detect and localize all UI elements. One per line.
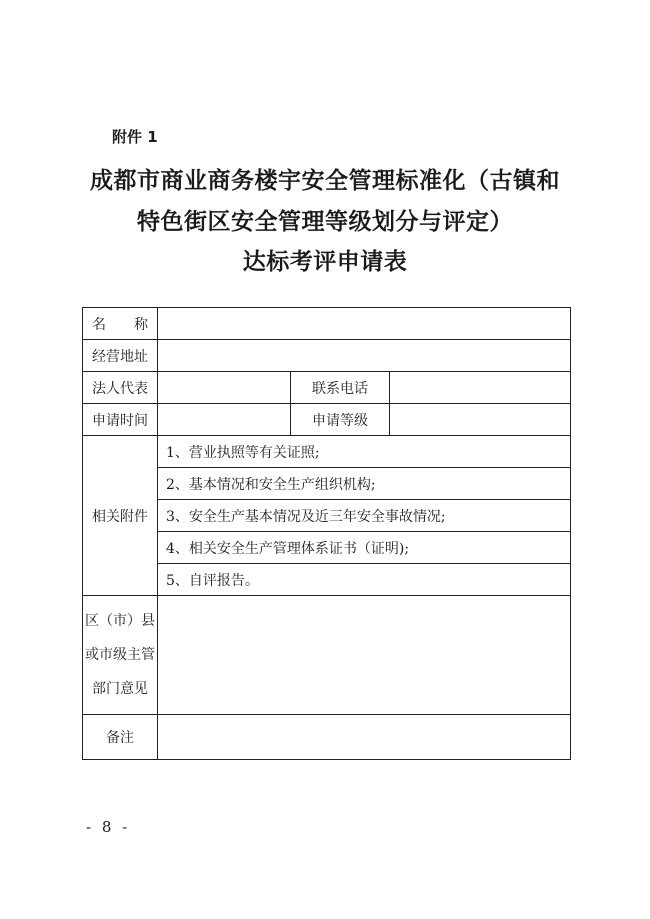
notes-field[interactable] — [158, 715, 571, 760]
opinion-label: 区（市）县 或市级主管 部门意见 — [83, 596, 158, 715]
attachments-label: 相关附件 — [83, 436, 158, 596]
address-label: 经营地址 — [83, 340, 158, 372]
attachment-item: 3、安全生产基本情况及近三年安全事故情况; — [158, 500, 571, 532]
attachment-item: 5、自评报告。 — [158, 564, 571, 596]
row-address: 经营地址 — [83, 340, 571, 372]
page-title-line-1: 成都市商业商务楼宇安全管理标准化（古镇和 — [0, 162, 650, 195]
apply-time-label: 申请时间 — [83, 404, 158, 436]
row-legal-rep: 法人代表 联系电话 — [83, 372, 571, 404]
apply-time-field[interactable] — [158, 404, 291, 436]
apply-level-label: 申请等级 — [291, 404, 390, 436]
row-attachment-1: 相关附件 1、营业执照等有关证照; — [83, 436, 571, 468]
opinion-label-line: 或市级主管 — [83, 638, 157, 672]
legal-rep-field[interactable] — [158, 372, 291, 404]
attachment-item: 2、基本情况和安全生产组织机构; — [158, 468, 571, 500]
apply-level-field[interactable] — [390, 404, 571, 436]
opinion-label-line: 部门意见 — [83, 672, 157, 706]
opinion-field[interactable] — [158, 596, 571, 715]
application-form-table: 名 称 经营地址 法人代表 联系电话 申请时间 申请等级 相关附件 1、营业执照… — [82, 307, 571, 760]
phone-label: 联系电话 — [291, 372, 390, 404]
row-opinion: 区（市）县 或市级主管 部门意见 — [83, 596, 571, 715]
notes-label: 备注 — [83, 715, 158, 760]
page-title-line-2: 特色街区安全管理等级划分与评定） — [0, 203, 650, 236]
row-apply-time: 申请时间 申请等级 — [83, 404, 571, 436]
legal-rep-label: 法人代表 — [83, 372, 158, 404]
opinion-label-line: 区（市）县 — [83, 604, 157, 638]
attachment-item: 1、营业执照等有关证照; — [158, 436, 571, 468]
address-field[interactable] — [158, 340, 571, 372]
attachment-label: 附件 1 — [112, 126, 158, 147]
name-label: 名 称 — [83, 308, 158, 340]
row-notes: 备注 — [83, 715, 571, 760]
phone-field[interactable] — [390, 372, 571, 404]
name-field[interactable] — [158, 308, 571, 340]
page-title-line-3: 达标考评申请表 — [0, 243, 650, 276]
row-name: 名 称 — [83, 308, 571, 340]
page-number: - 8 - — [86, 818, 130, 836]
attachment-item: 4、相关安全生产管理体系证书（证明); — [158, 532, 571, 564]
